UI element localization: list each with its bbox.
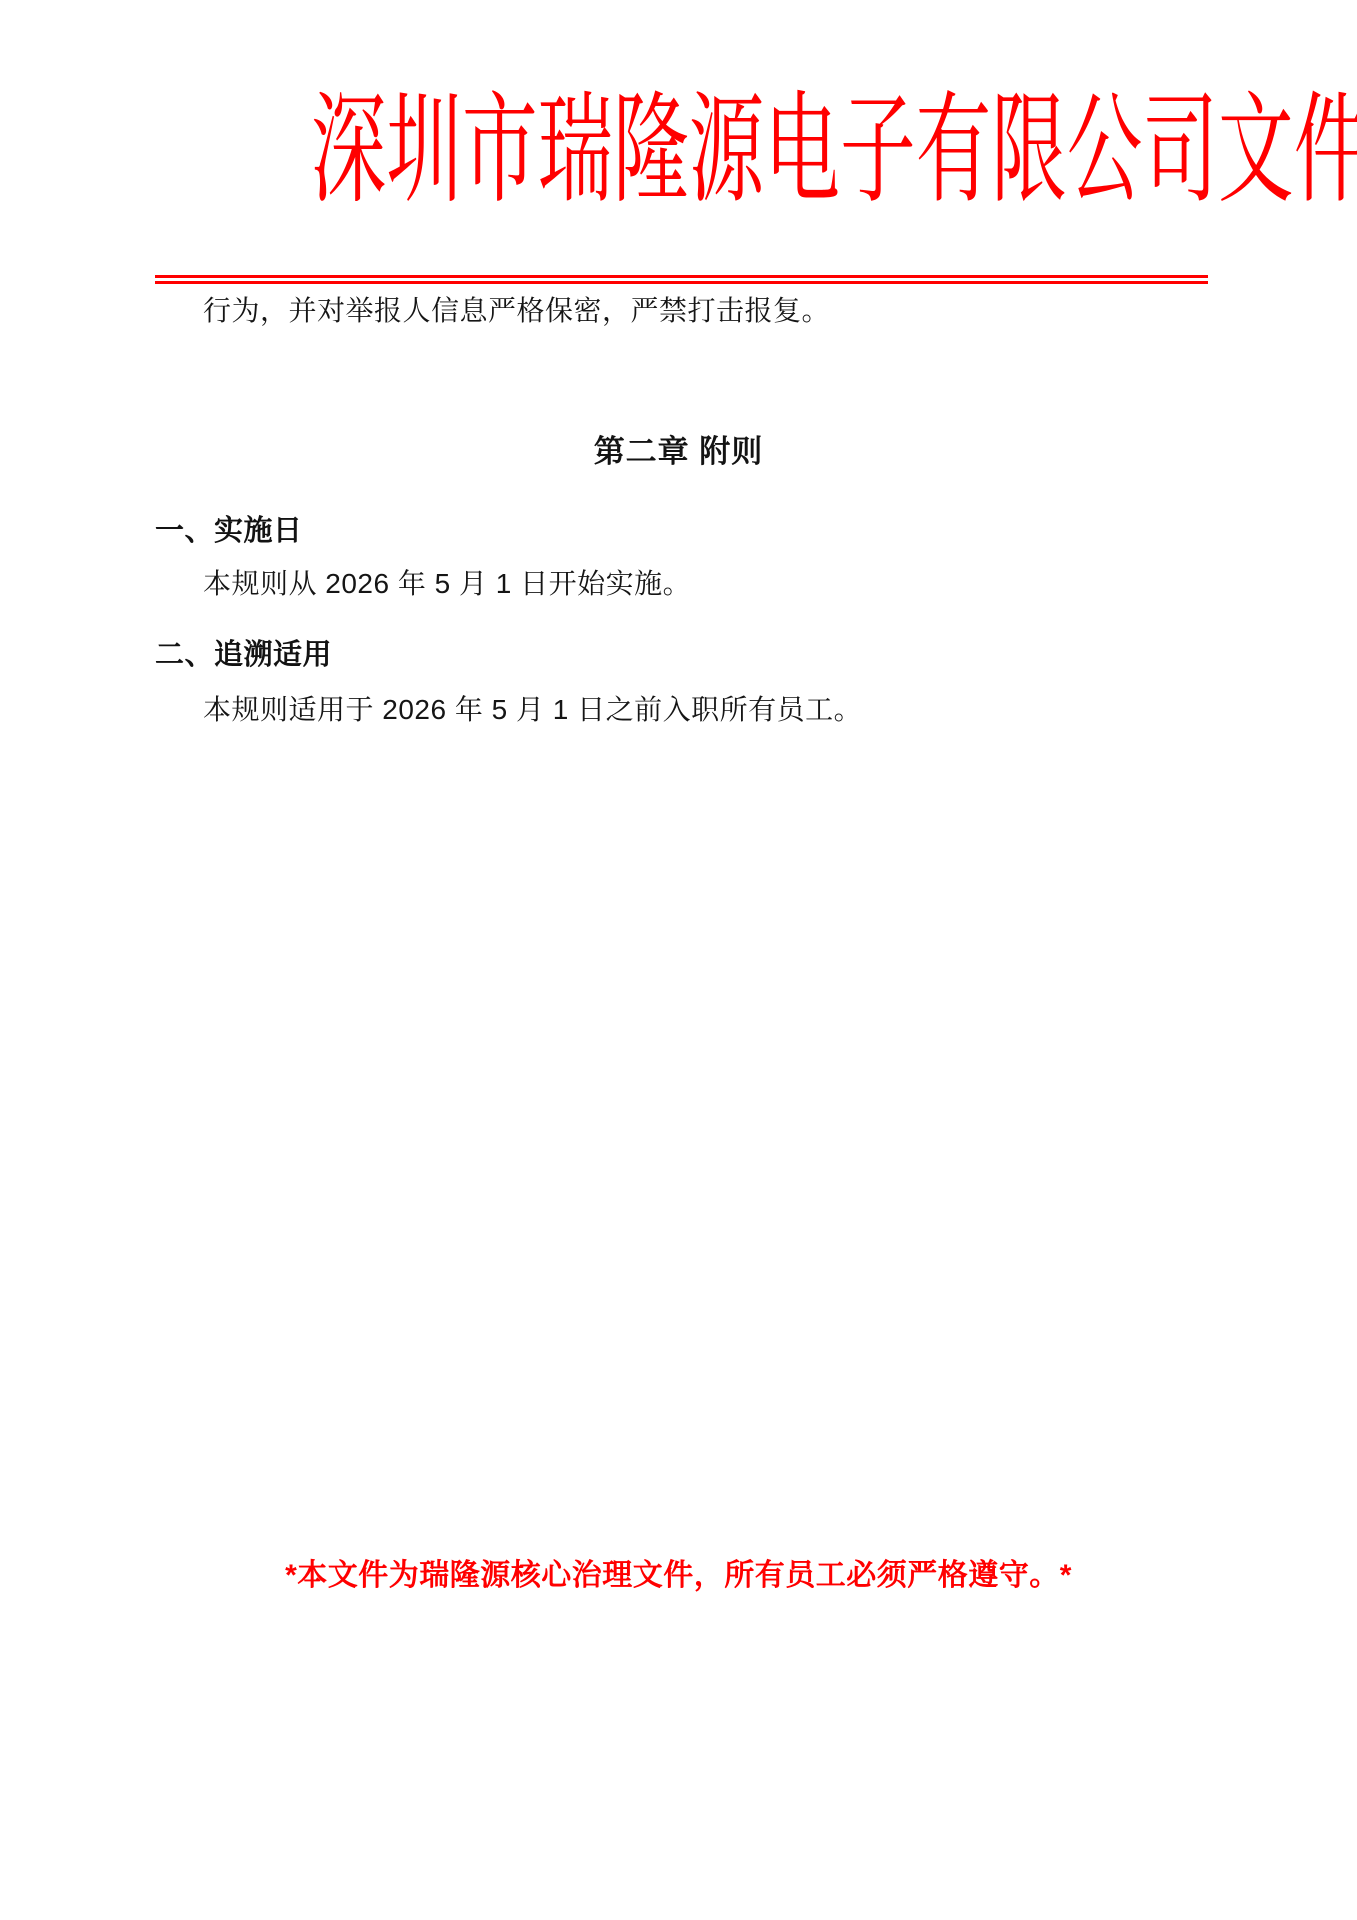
- intro-paragraph: 行为，并对举报人信息严格保密，严禁打击报复。: [203, 293, 830, 328]
- section-1-heading: 一、实施日: [155, 508, 303, 549]
- letterhead-title: 深圳市瑞隆源电子有限公司文件: [0, 74, 1357, 228]
- section-2-heading: 二、追溯适用: [155, 632, 332, 673]
- section-1-body: 本规则从 2026 年 5 月 1 日开始实施。: [203, 566, 691, 601]
- document-page: 深圳市瑞隆源电子有限公司文件 行为，并对举报人信息严格保密，严禁打击报复。 第二…: [0, 0, 1357, 1920]
- chapter-heading: 第二章 附则: [0, 426, 1357, 471]
- letterhead-double-rule: [155, 275, 1208, 284]
- letterhead-title-text: 深圳市瑞隆源电子有限公司文件: [311, 74, 1357, 228]
- section-2-body: 本规则适用于 2026 年 5 月 1 日之前入职所有员工。: [203, 692, 862, 727]
- footer-compliance-note: *本文件为瑞隆源核心治理文件，所有员工必须严格遵守。*: [0, 1550, 1357, 1594]
